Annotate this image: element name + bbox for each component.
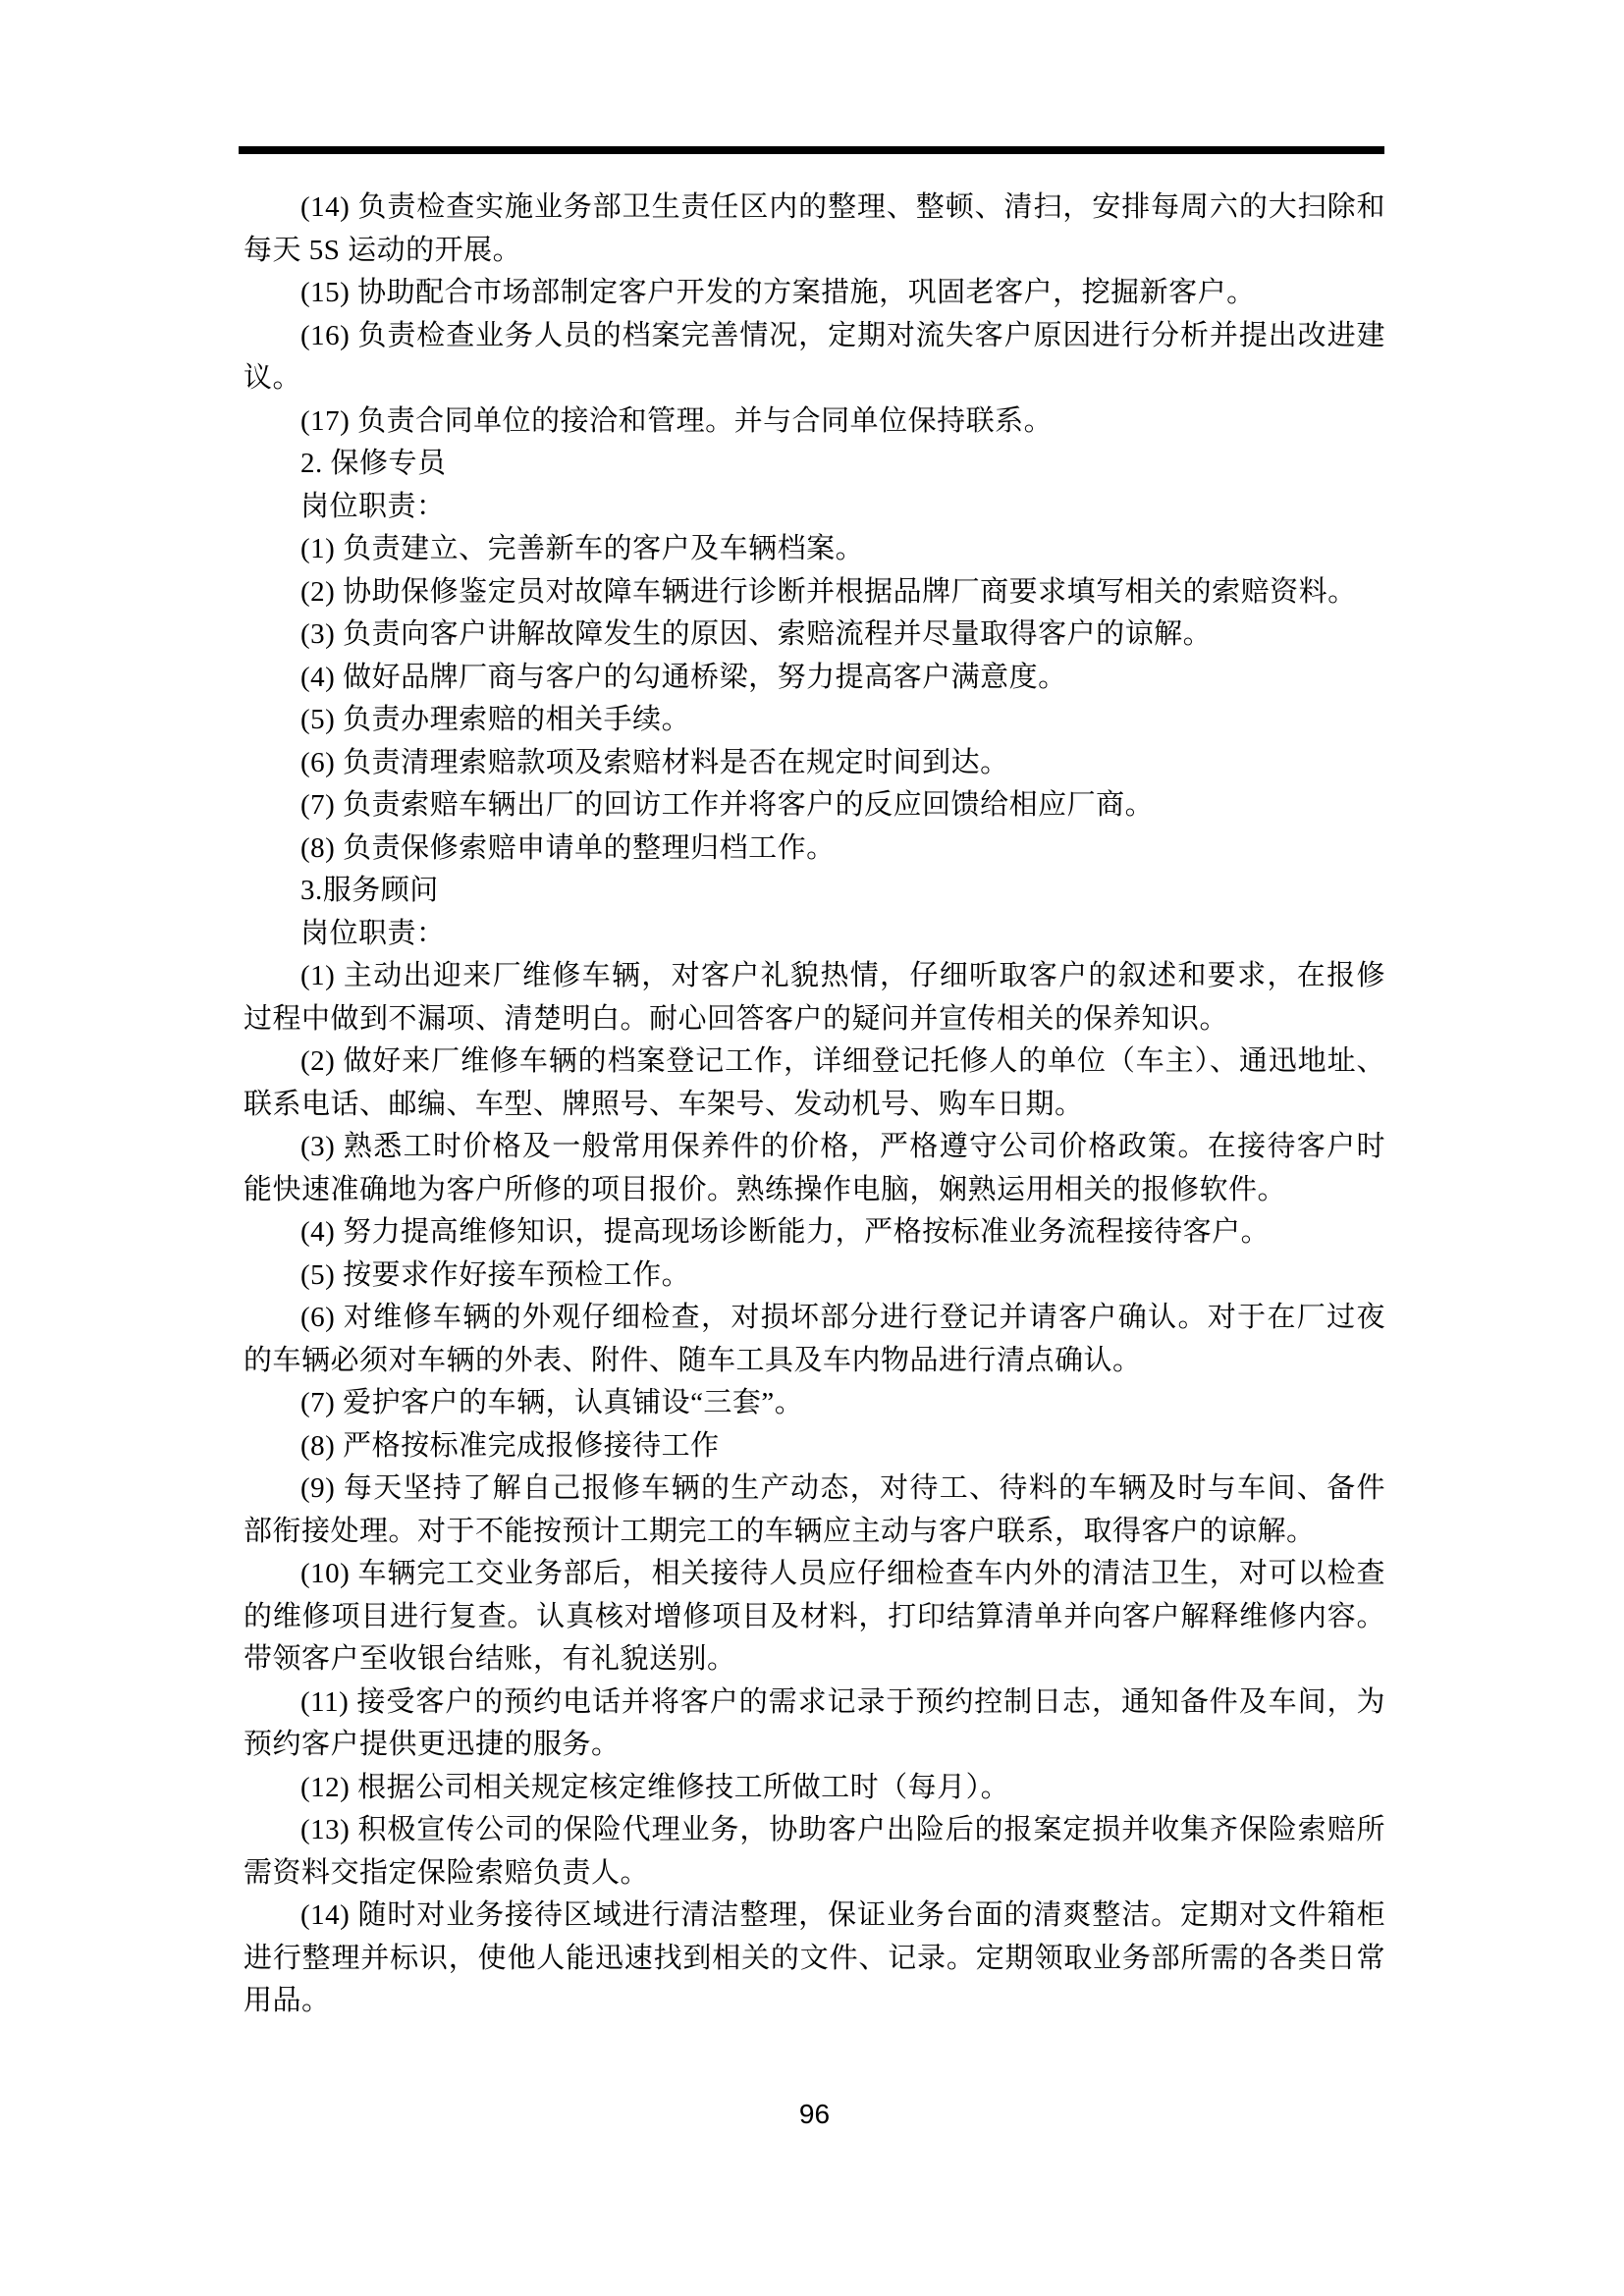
para-2-3: (3) 负责向客户讲解故障发生的原因、索赔流程并尽量取得客户的谅解。 [244, 614, 1385, 657]
para-2-4: (4) 做好品牌厂商与客户的勾通桥梁，努力提高客户满意度。 [244, 657, 1385, 700]
para-3-3: (3) 熟悉工时价格及一般常用保养件的价格，严格遵守公司价格政策。在接待客户时能… [244, 1126, 1385, 1211]
document-page: (14) 负责检查实施业务部卫生责任区内的整理、整顿、清扫，安排每周六的大扫除和… [0, 0, 1624, 2296]
para-3-9: (9) 每天坚持了解自己报修车辆的生产动态，对待工、待料的车辆及时与车间、备件部… [244, 1468, 1385, 1553]
para-3-13: (13) 积极宣传公司的保险代理业务，协助客户出险后的报案定损并收集齐保险索赔所… [244, 1809, 1385, 1895]
duties-label-3: 岗位职责： [244, 913, 1385, 956]
para-3-4: (4) 努力提高维修知识，提高现场诊断能力，严格按标准业务流程接待客户。 [244, 1211, 1385, 1255]
para-14: (14) 负责检查实施业务部卫生责任区内的整理、整顿、清扫，安排每周六的大扫除和… [244, 187, 1385, 272]
para-17: (17) 负责合同单位的接洽和管理。并与合同单位保持联系。 [244, 400, 1385, 444]
para-16: (16) 负责检查业务人员的档案完善情况，定期对流失客户原因进行分析并提出改进建… [244, 315, 1385, 400]
page-number: 96 [799, 2099, 830, 2129]
para-3-5: (5) 按要求作好接车预检工作。 [244, 1255, 1385, 1298]
para-2-8: (8) 负责保修索赔申请单的整理归档工作。 [244, 828, 1385, 871]
para-3-7: (7) 爱护客户的车辆，认真铺设“三套”。 [244, 1382, 1385, 1425]
para-3-14: (14) 随时对业务接待区域进行清洁整理，保证业务台面的清爽整洁。定期对文件箱柜… [244, 1895, 1385, 2023]
para-3-12: (12) 根据公司相关规定核定维修技工所做工时（每月）。 [244, 1767, 1385, 1810]
para-2-6: (6) 负责清理索赔款项及索赔材料是否在规定时间到达。 [244, 742, 1385, 785]
document-body: (14) 负责检查实施业务部卫生责任区内的整理、整顿、清扫，安排每周六的大扫除和… [244, 187, 1385, 2023]
header-rule [239, 146, 1384, 154]
para-3-2: (2) 做好来厂维修车辆的档案登记工作，详细登记托修人的单位（车主）、通迅地址、… [244, 1041, 1385, 1126]
para-2-2: (2) 协助保修鉴定员对故障车辆进行诊断并根据品牌厂商要求填写相关的索赔资料。 [244, 571, 1385, 614]
para-3-11: (11) 接受客户的预约电话并将客户的需求记录于预约控制日志，通知备件及车间，为… [244, 1682, 1385, 1767]
para-3-1: (1) 主动出迎来厂维修车辆，对客户礼貌热情，仔细听取客户的叙述和要求，在报修过… [244, 955, 1385, 1041]
para-3-6: (6) 对维修车辆的外观仔细检查，对损坏部分进行登记并请客户确认。对于在厂过夜的… [244, 1297, 1385, 1382]
para-2-1: (1) 负责建立、完善新车的客户及车辆档案。 [244, 528, 1385, 571]
heading-section-2: 2. 保修专员 [244, 443, 1385, 486]
duties-label-2: 岗位职责： [244, 486, 1385, 529]
para-2-7: (7) 负责索赔车辆出厂的回访工作并将客户的反应回馈给相应厂商。 [244, 784, 1385, 828]
para-2-5: (5) 负责办理索赔的相关手续。 [244, 699, 1385, 742]
para-3-10: (10) 车辆完工交业务部后，相关接待人员应仔细检查车内外的清洁卫生，对可以检查… [244, 1553, 1385, 1682]
para-15: (15) 协助配合市场部制定客户开发的方案措施，巩固老客户，挖掘新客户。 [244, 272, 1385, 315]
para-3-8: (8) 严格按标准完成报修接待工作 [244, 1425, 1385, 1468]
heading-section-3: 3.服务顾问 [244, 870, 1385, 913]
page-footer: 96 [244, 2099, 1385, 2130]
